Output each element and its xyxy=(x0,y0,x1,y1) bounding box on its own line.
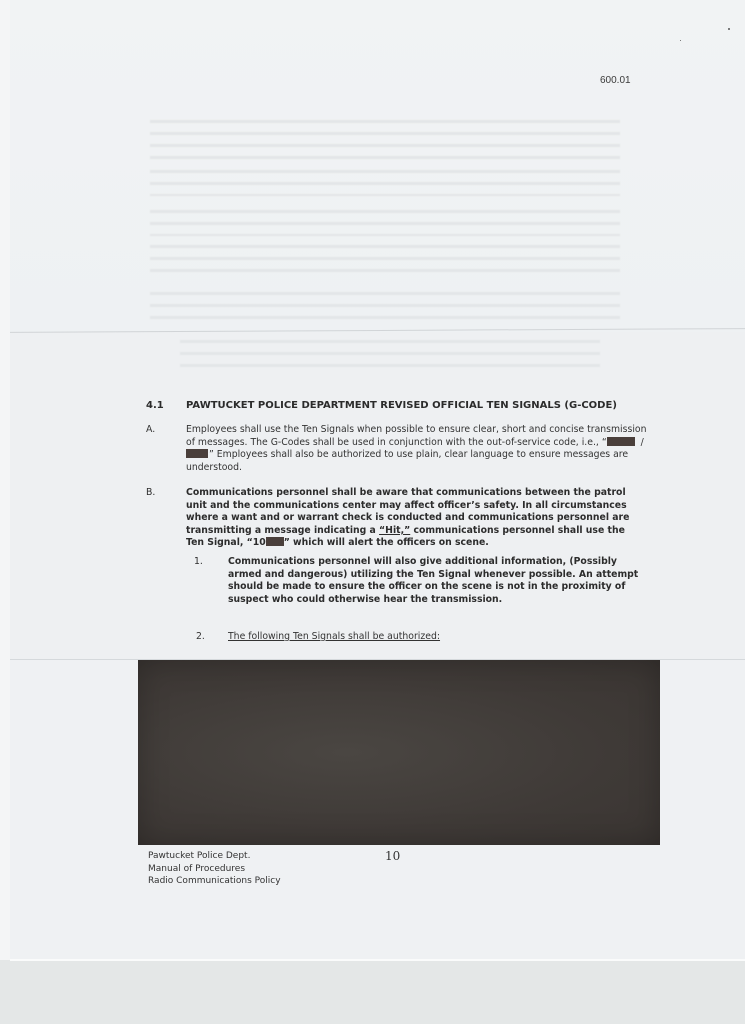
bleed-through xyxy=(150,170,620,196)
bleed-through xyxy=(150,245,620,281)
footer: Pawtucket Police Dept. Manual of Procedu… xyxy=(148,850,281,888)
redaction-mark xyxy=(607,437,635,446)
list-item-1: 1. Communications personnel will also gi… xyxy=(228,556,648,606)
paragraph-text: ” which will alert the officers on scene… xyxy=(284,537,489,548)
scan-speck xyxy=(680,40,681,41)
redacted-table-block xyxy=(138,660,660,845)
scanner-bed xyxy=(0,960,745,1024)
footer-department: Pawtucket Police Dept. xyxy=(148,850,281,863)
bleed-through xyxy=(150,120,620,160)
hit-term: “Hit,” xyxy=(379,525,410,536)
list-number: 1. xyxy=(194,556,203,569)
section-title: PAWTUCKET POLICE DEPARTMENT REVISED OFFI… xyxy=(186,400,617,411)
paragraph-b: B. Communications personnel shall be awa… xyxy=(186,487,636,550)
paragraph-label: A. xyxy=(146,424,155,437)
bleed-through xyxy=(150,210,620,236)
footer-manual: Manual of Procedures xyxy=(148,863,281,876)
page-top-panel xyxy=(10,0,745,332)
page-number: 10 xyxy=(385,849,400,863)
paragraph-label: B. xyxy=(146,487,155,500)
redaction-mark xyxy=(186,449,208,458)
footer-policy: Radio Communications Policy xyxy=(148,875,281,888)
bleed-through xyxy=(180,340,600,370)
list-item-2: 2. The following Ten Signals shall be au… xyxy=(228,631,648,644)
scan-speck xyxy=(728,28,730,30)
paragraph-text: ” Employees shall also be authorized to … xyxy=(186,449,628,473)
paragraph-a: A. Employees shall use the Ten Signals w… xyxy=(186,424,656,474)
paragraph-text: Employees shall use the Ten Signals when… xyxy=(186,424,647,448)
section-number: 4.1 xyxy=(146,400,186,411)
list-number: 2. xyxy=(196,631,205,644)
bleed-through xyxy=(150,292,620,328)
list-text: Communications personnel will also give … xyxy=(228,556,638,605)
section-heading: 4.1PAWTUCKET POLICE DEPARTMENT REVISED O… xyxy=(146,400,617,411)
list-text: The following Ten Signals shall be autho… xyxy=(228,631,440,642)
scan-left-edge xyxy=(0,0,10,960)
redaction-mark xyxy=(266,537,284,546)
document-number: 600.01 xyxy=(600,75,631,86)
page-edge xyxy=(10,959,745,961)
paragraph-text: / xyxy=(638,437,644,448)
